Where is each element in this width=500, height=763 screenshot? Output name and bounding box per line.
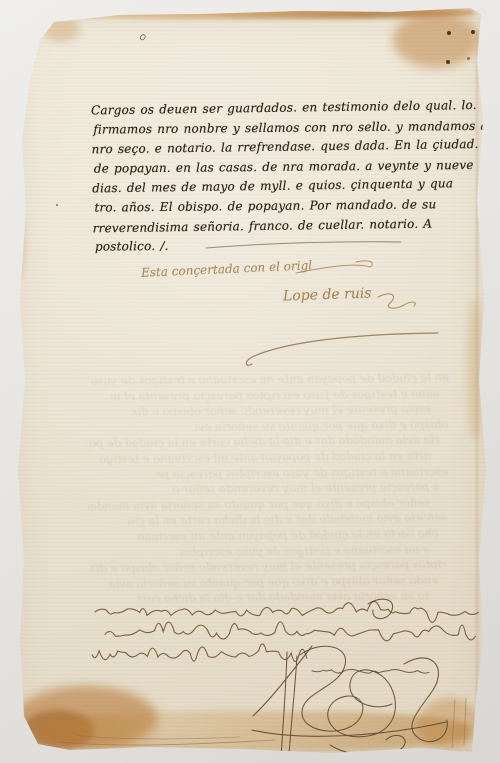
show-through-line: to su señoria avia mandado dar e dio la … [89, 588, 451, 607]
signature-rubric [378, 294, 415, 308]
pen-mark [140, 35, 145, 40]
ink-spot [446, 60, 450, 64]
ink-spot [471, 30, 475, 34]
bottom-signature-flourish [252, 599, 447, 758]
top-edge-stain [42, 6, 474, 19]
collation-signature: Lope de ruis [283, 285, 372, 304]
signature-inner-scrawl [312, 669, 429, 673]
verso-show-through: en la çiudad de popayan ante mi escriuan… [87, 370, 451, 610]
top-right-stain [393, 12, 479, 68]
bottom-note-line-2 [105, 622, 475, 641]
under-curve-flourish [246, 333, 438, 365]
bottom-right-stain [418, 698, 480, 750]
bottom-left-stain [15, 686, 157, 750]
top-left-stain [42, 16, 80, 42]
main-text-block: Cargos os deuen ser guardados. en testim… [91, 97, 433, 258]
ink-spot [467, 57, 470, 60]
right-edge-stain [467, 298, 483, 440]
manuscript-photo: Cargos os deuen ser guardados. en testim… [0, 0, 500, 763]
text-line: postolico. /. [95, 234, 435, 257]
fold-line [476, 30, 478, 730]
right-edge-stroke [452, 698, 466, 748]
collation-note: Esta conçertada con el origl [141, 258, 313, 279]
bottom-edge-stroke [75, 735, 240, 739]
text-line: de popayan. en las casas. de nra morada.… [94, 156, 434, 179]
bottom-edge-stroke [60, 740, 275, 745]
bottom-left-stain-core [22, 710, 94, 750]
ink-spot [56, 204, 58, 206]
bottom-note-line-3 [92, 644, 307, 662]
manuscript-page: Cargos os deuen ser guardados. en testim… [0, 0, 500, 763]
ink-spot [447, 31, 451, 35]
left-edge-stain [13, 198, 26, 280]
text-line: firmamos nro nonbre y sellamos con nro s… [93, 117, 433, 140]
text-line: tro. años. El obispo. de popayan. Por ma… [94, 195, 434, 218]
bottom-edge-stain [40, 711, 470, 751]
